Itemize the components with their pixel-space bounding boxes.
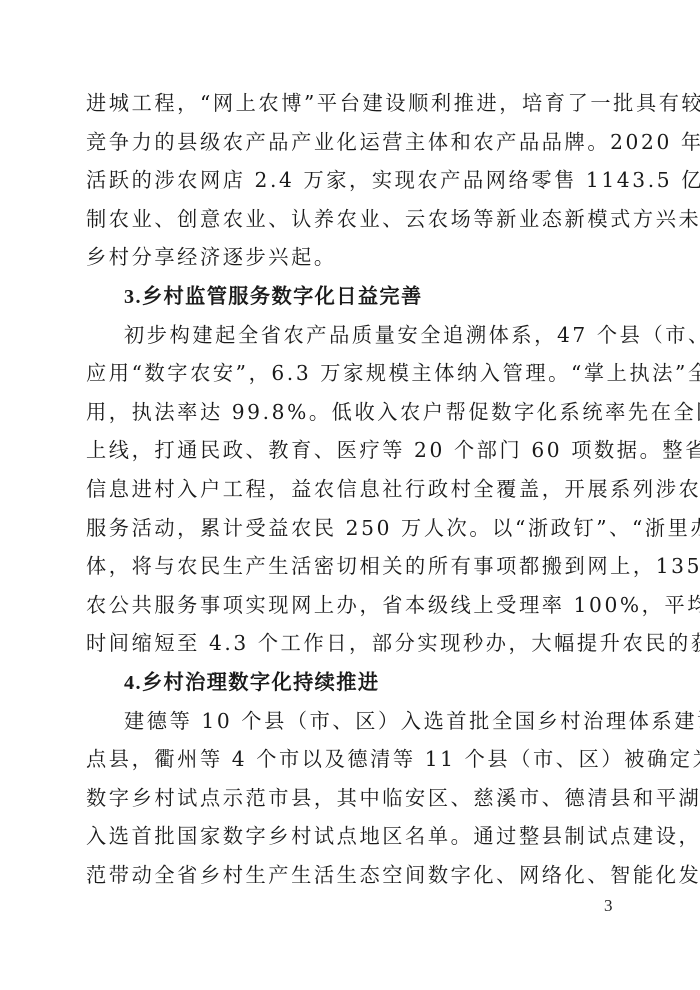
text-line: 时间缩短至 4.3 个工作日，部分实现秒办，大幅提升农民的获得感。 [86,624,616,663]
text-line: 初步构建起全省农产品质量安全追溯体系，47 个县（市、区） [86,316,616,355]
text-line: 进城工程，“网上农博”平台建设顺利推进，培育了一批具有较强 [86,84,616,123]
text-line: 竞争力的县级农产品产业化运营主体和农产品品牌。2020 年拥有 [86,123,616,162]
heading-title: 乡村治理数字化持续推进 [142,670,379,694]
text-line: 活跃的涉农网店 2.4 万家，实现农产品网络零售 1143.5 亿元。定 [86,161,616,200]
text-line: 农公共服务事项实现网上办，省本级线上受理率 100%，平均审批 [86,586,616,625]
text-line: 应用“数字农安”，6.3 万家规模主体纳入管理。“掌上执法”全面应 [86,354,616,393]
text-line: 乡村分享经济逐步兴起。 [86,238,616,277]
page-number: 3 [604,896,613,916]
text-line: 上线，打通民政、教育、医疗等 20 个部门 60 项数据。整省推进 [86,431,616,470]
text-line: 信息进村入户工程，益农信息社行政村全覆盖，开展系列涉农云 [86,470,616,509]
paragraph-rural-regulation: 初步构建起全省农产品质量安全追溯体系，47 个县（市、区） 应用“数字农安”，6… [86,316,616,663]
heading-number: 4. [124,672,142,694]
text-line: 体，将与农民生产生活密切相关的所有事项都搬到网上，135 项涉 [86,547,616,586]
text-line: 用，执法率达 99.8%。低收入农户帮促数字化系统率先在全国开发 [86,393,616,432]
paragraph-continuation: 进城工程，“网上农博”平台建设顺利推进，培育了一批具有较强 竞争力的县级农产品产… [86,84,616,277]
paragraph-rural-governance: 建德等 10 个县（市、区）入选首批全国乡村治理体系建设试 点县，衢州等 4 个… [86,702,616,895]
text-line: 范带动全省乡村生产生活生态空间数字化、网络化、智能化发展， [86,856,616,895]
text-line: 数字乡村试点示范市县，其中临安区、慈溪市、德清县和平湖市 [86,779,616,818]
text-line: 入选首批国家数字乡村试点地区名单。通过整县制试点建设，示 [86,817,616,856]
text-line: 建德等 10 个县（市、区）入选首批全国乡村治理体系建设试 [86,702,616,741]
text-line: 制农业、创意农业、认养农业、云农场等新业态新模式方兴未艾， [86,200,616,239]
document-page: 进城工程，“网上农博”平台建设顺利推进，培育了一批具有较强 竞争力的县级农产品产… [86,84,616,894]
section-heading-3: 3.乡村监管服务数字化日益完善 [86,277,616,316]
text-line: 点县，衢州等 4 个市以及德清等 11 个县（市、区）被确定为省级 [86,740,616,779]
text-line: 服务活动，累计受益农民 250 万人次。以“浙政钉”、“浙里办”为载 [86,509,616,548]
section-heading-4: 4.乡村治理数字化持续推进 [86,663,616,702]
heading-title: 乡村监管服务数字化日益完善 [142,284,423,308]
heading-number: 3. [124,286,142,308]
